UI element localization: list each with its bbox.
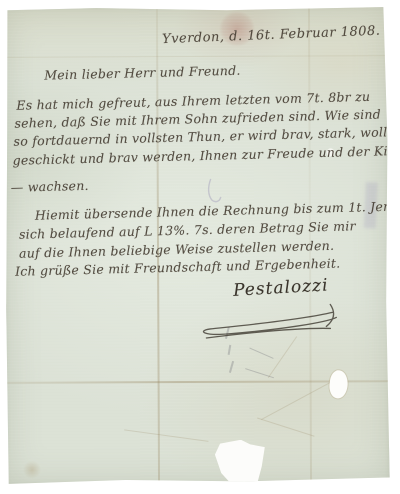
salutation: Mein lieber Herr und Freund. bbox=[44, 63, 241, 83]
top-crease-line bbox=[4, 55, 388, 58]
crease-line bbox=[124, 429, 208, 441]
signature: Pestalozzi bbox=[233, 275, 329, 300]
signature-flourish bbox=[198, 302, 342, 341]
ghost-stroke bbox=[228, 345, 231, 355]
paper-hole-right-edge bbox=[328, 370, 349, 400]
ghost-stroke bbox=[229, 361, 234, 373]
letter-photo: { "letter": { "dateline": "Yverdon, d. 1… bbox=[0, 0, 400, 494]
faint-ink-mark bbox=[205, 177, 223, 205]
letter-paper: Yverdon, d. 16t. Februar 1808. Mein lieb… bbox=[4, 6, 390, 485]
dateline: Yverdon, d. 16t. Februar 1808. bbox=[162, 24, 381, 48]
crease-line bbox=[257, 417, 314, 436]
ghost-stroke bbox=[245, 368, 274, 378]
ghost-stroke bbox=[249, 348, 273, 360]
body-line-5: — wachsen. bbox=[11, 178, 89, 195]
paper-damage-patch bbox=[215, 440, 267, 486]
